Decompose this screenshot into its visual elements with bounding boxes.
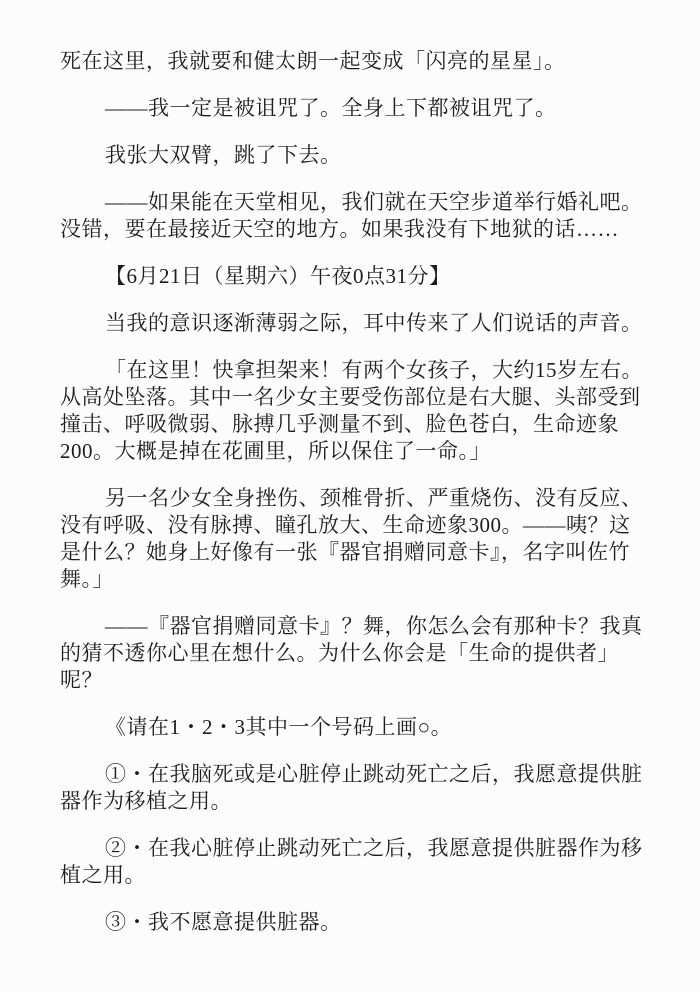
text-line: 从高处坠落。其中一名少女主要受伤部位是右大腿、头部受到: [60, 384, 650, 411]
text-line: ②・在我心脏停止跳动死亡之后，我愿意提供脏器作为移: [60, 835, 650, 862]
paragraph: 当我的意识逐渐薄弱之际，耳中传来了人们说话的声音。: [60, 310, 650, 337]
text-line: 的猜不透你心里在想什么。为什么你会是「生命的提供者」: [60, 640, 650, 667]
text-line: ——『器官捐赠同意卡』？舞，你怎么会有那种卡？我真: [60, 613, 650, 640]
paragraph: 【6月21日（星期六）午夜0点31分】: [60, 263, 650, 290]
text-line: 舞。」: [60, 566, 650, 593]
paragraph: ②・在我心脏停止跳动死亡之后，我愿意提供脏器作为移植之用。: [60, 835, 650, 889]
paragraph: ③・我不愿意提供脏器。: [60, 909, 650, 936]
paragraph: ——『器官捐赠同意卡』？舞，你怎么会有那种卡？我真的猜不透你心里在想什么。为什么…: [60, 613, 650, 694]
text-line: ③・我不愿意提供脏器。: [60, 909, 650, 936]
text-line: 呢？: [60, 667, 650, 694]
paragraph: 死在这里，我就要和健太朗一起变成「闪亮的星星」。: [60, 48, 650, 75]
text-line: ①・在我脑死或是心脏停止跳动死亡之后，我愿意提供脏: [60, 761, 650, 788]
text-line: 是什么？她身上好像有一张『器官捐赠同意卡』，名字叫佐竹: [60, 539, 650, 566]
paragraph: 《请在1・2・3其中一个号码上画○。: [60, 714, 650, 741]
paragraph: ——如果能在天堂相见，我们就在天空步道举行婚礼吧。没错，要在最接近天空的地方。如…: [60, 189, 650, 243]
text-line: ——如果能在天堂相见，我们就在天空步道举行婚礼吧。: [60, 189, 650, 216]
text-line: 没有呼吸、没有脉搏、瞳孔放大、生命迹象300。——咦？这: [60, 512, 650, 539]
paragraph: ——我一定是被诅咒了。全身上下都被诅咒了。: [60, 95, 650, 122]
text-line: 当我的意识逐渐薄弱之际，耳中传来了人们说话的声音。: [60, 310, 650, 337]
text-line: 撞击、呼吸微弱、脉搏几乎测量不到、脸色苍白，生命迹象: [60, 411, 650, 438]
text-line: 器作为移植之用。: [60, 788, 650, 815]
text-line: 植之用。: [60, 862, 650, 889]
text-line: 《请在1・2・3其中一个号码上画○。: [60, 714, 650, 741]
text-line: 200。大概是掉在花圃里，所以保住了一命。」: [60, 438, 650, 465]
text-line: 我张大双臂，跳了下去。: [60, 142, 650, 169]
paragraph: 我张大双臂，跳了下去。: [60, 142, 650, 169]
paragraph: ①・在我脑死或是心脏停止跳动死亡之后，我愿意提供脏器作为移植之用。: [60, 761, 650, 815]
text-line: 另一名少女全身挫伤、颈椎骨折、严重烧伤、没有反应、: [60, 485, 650, 512]
text-line: 没错，要在最接近天空的地方。如果我没有下地狱的话……: [60, 216, 650, 243]
text-line: 「在这里！快拿担架来！有两个女孩子，大约15岁左右。: [60, 357, 650, 384]
paragraph: 另一名少女全身挫伤、颈椎骨折、严重烧伤、没有反应、没有呼吸、没有脉搏、瞳孔放大、…: [60, 485, 650, 593]
document-page: 死在这里，我就要和健太朗一起变成「闪亮的星星」。——我一定是被诅咒了。全身上下都…: [0, 0, 700, 992]
text-line: 【6月21日（星期六）午夜0点31分】: [60, 263, 650, 290]
text-line: ——我一定是被诅咒了。全身上下都被诅咒了。: [60, 95, 650, 122]
text-body: 死在这里，我就要和健太朗一起变成「闪亮的星星」。——我一定是被诅咒了。全身上下都…: [60, 48, 650, 956]
text-line: 死在这里，我就要和健太朗一起变成「闪亮的星星」。: [60, 48, 650, 75]
paragraph: 「在这里！快拿担架来！有两个女孩子，大约15岁左右。从高处坠落。其中一名少女主要…: [60, 357, 650, 465]
